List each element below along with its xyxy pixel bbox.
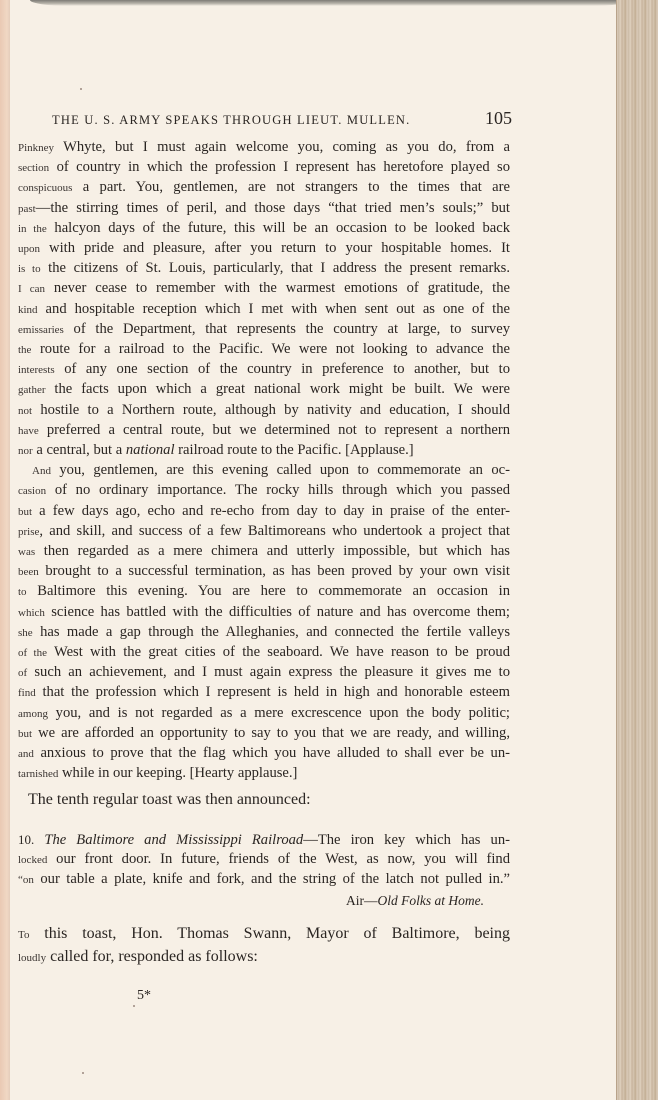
text-line: have preferred a central route, but we d… xyxy=(18,421,510,441)
line-text: a few days ago, echo and re-echo from da… xyxy=(32,503,510,519)
margin-fragment: she xyxy=(18,627,33,639)
line-text: route for a railroad to the Pacific. We … xyxy=(31,341,510,357)
line-text: hostile to a Northern route, although by… xyxy=(32,402,510,418)
toast-text: —The iron key which has un- xyxy=(303,832,510,848)
text-line: And you, gentlemen, are this evening cal… xyxy=(18,461,510,481)
text-line: upon with pride and pleasure, after you … xyxy=(18,239,510,259)
line-text: and hospitable reception which I met wit… xyxy=(38,301,510,317)
body-text: Pinkney Whyte, but I must again welcome … xyxy=(18,138,510,785)
margin-fragment: and xyxy=(18,748,34,760)
text-line: to Baltimore this evening. You are here … xyxy=(18,582,510,602)
text-line: of such an achievement, and I must again… xyxy=(18,663,510,683)
margin-fragment: the xyxy=(18,344,31,356)
air-attribution: Air—Old Folks at Home. xyxy=(18,891,510,910)
response-line-1: To this toast, Hon. Thomas Swann, Mayor … xyxy=(18,923,510,946)
margin-fragment: not xyxy=(18,405,32,417)
text-line: and anxious to prove that the flag which… xyxy=(18,744,510,764)
margin-fragment: upon xyxy=(18,243,40,255)
text-line: find that the profession which I represe… xyxy=(18,683,510,703)
margin-fragment: of the xyxy=(18,647,47,659)
text-line: but a few days ago, echo and re-echo fro… xyxy=(18,502,510,522)
margin-fragment: section xyxy=(18,162,49,174)
margin-fragment: locked xyxy=(18,854,47,866)
response-text: this toast, Hon. Thomas Swann, Mayor of … xyxy=(29,925,510,942)
margin-fragment: conspicuous xyxy=(18,182,72,194)
margin-fragment: of xyxy=(18,667,27,679)
margin-fragment: but xyxy=(18,506,32,518)
line-text: railroad route to the Pacific. [Applause… xyxy=(175,442,414,458)
emphasis-text: national xyxy=(126,442,175,458)
margin-fragment: gather xyxy=(18,384,45,396)
line-text: of any one section of the country in pre… xyxy=(55,361,510,377)
paper-speck xyxy=(80,88,82,90)
line-text: a part. You, gentlemen, are not stranger… xyxy=(72,179,510,195)
toast-line-1: 10. The Baltimore and Mississippi Railro… xyxy=(18,830,510,850)
book-spine-edge xyxy=(0,0,10,1100)
margin-fragment: casion xyxy=(18,485,46,497)
toast-text: our front door. In future, friends of th… xyxy=(47,851,510,867)
margin-fragment: To xyxy=(18,929,29,941)
margin-fragment: have xyxy=(18,425,39,437)
line-text: you, and is not regarded as a mere excre… xyxy=(48,705,510,721)
text-line: among you, and is not regarded as a mere… xyxy=(18,704,510,724)
text-line: kind and hospitable reception which I me… xyxy=(18,300,510,320)
margin-fragment: among xyxy=(18,708,48,720)
margin-fragment: emissaries xyxy=(18,324,64,336)
margin-fragment: loudly xyxy=(18,952,46,964)
margin-fragment: is to xyxy=(18,263,41,275)
response-line-2: loudly called for, responded as follows: xyxy=(18,946,510,969)
text-line: was then regarded as a mere chimera and … xyxy=(18,542,510,562)
text-line: she has made a gap through the Alleghani… xyxy=(18,623,510,643)
text-line: not hostile to a Northern route, althoug… xyxy=(18,401,510,421)
line-text: Baltimore this evening. You are here to … xyxy=(27,583,510,599)
margin-fragment: “on xyxy=(18,874,34,886)
running-head: THE U. S. ARMY SPEAKS THROUGH LIEUT. MUL… xyxy=(52,108,512,129)
toast-line-2: locked our front door. In future, friend… xyxy=(18,850,510,870)
margin-fragment: nor xyxy=(18,445,33,457)
text-line: casion of no ordinary importance. The ro… xyxy=(18,481,510,501)
margin-fragment: Pinkney xyxy=(18,142,54,154)
toast-heading: The tenth regular toast was then announc… xyxy=(28,791,311,809)
margin-fragment: in the xyxy=(18,223,47,235)
line-text: preferred a central route, but we determ… xyxy=(39,422,510,438)
line-text: we are afforded an opportunity to say to… xyxy=(32,725,510,741)
margin-fragment: prise xyxy=(18,526,39,538)
line-text: has made a gap through the Alleghanies, … xyxy=(33,624,510,640)
text-line: Pinkney Whyte, but I must again welcome … xyxy=(18,138,510,158)
text-line: interests of any one section of the coun… xyxy=(18,360,510,380)
line-text: then regarded as a mere chimera and utte… xyxy=(35,543,510,559)
text-line: been brought to a successful termination… xyxy=(18,562,510,582)
line-text: anxious to prove that the flag which you… xyxy=(34,745,510,761)
air-title: Old Folks at Home. xyxy=(378,893,484,908)
line-text: the citizens of St. Louis, particularly,… xyxy=(41,260,510,276)
text-line: conspicuous a part. You, gentlemen, are … xyxy=(18,178,510,198)
text-line: but we are afforded an opportunity to sa… xyxy=(18,724,510,744)
line-text: brought to a successful termination, as … xyxy=(39,563,510,579)
toast-text: our table a plate, knife and fork, and t… xyxy=(34,871,510,887)
signature-mark: 5* xyxy=(137,988,151,1004)
page-number: 105 xyxy=(485,108,512,129)
text-line: section of country in which the professi… xyxy=(18,158,510,178)
line-text: halcyon days of the future, this will be… xyxy=(47,220,510,236)
page-top-shadow xyxy=(30,0,630,6)
margin-fragment: but xyxy=(18,728,32,740)
text-line: nor a central, but a national railroad r… xyxy=(18,441,510,461)
margin-fragment: past xyxy=(18,203,36,215)
line-text: of country in which the profession I rep… xyxy=(49,159,510,175)
response-text: called for, responded as follows: xyxy=(46,948,258,965)
text-line: prise, and skill, and success of a few B… xyxy=(18,522,510,542)
text-line: which science has battled with the diffi… xyxy=(18,603,510,623)
paper-speck xyxy=(133,1005,135,1007)
line-text: that the profession which I represent is… xyxy=(36,684,510,700)
line-text: a central, but a xyxy=(33,442,126,458)
margin-fragment: tarnished xyxy=(18,768,58,780)
line-text: —the stirring times of peril, and those … xyxy=(36,200,510,216)
line-text: of no ordinary importance. The rocky hil… xyxy=(46,482,510,498)
page-edges-stack xyxy=(616,0,658,1100)
margin-fragment: kind xyxy=(18,304,38,316)
line-text: never cease to remember with the warmest… xyxy=(45,280,510,296)
margin-fragment: I can xyxy=(18,283,45,295)
line-text: West with the great cities of the seaboa… xyxy=(47,644,510,660)
air-prefix: Air— xyxy=(346,893,378,908)
margin-fragment: to xyxy=(18,586,27,598)
margin-fragment: which xyxy=(18,607,45,619)
response-paragraph: To this toast, Hon. Thomas Swann, Mayor … xyxy=(18,923,510,969)
margin-fragment: been xyxy=(18,566,39,578)
toast-number: 10. xyxy=(18,832,34,847)
line-text: with pride and pleasure, after you retur… xyxy=(40,240,510,256)
line-text: science has battled with the difficultie… xyxy=(45,604,510,620)
margin-fragment: interests xyxy=(18,364,55,376)
running-title: THE U. S. ARMY SPEAKS THROUGH LIEUT. MUL… xyxy=(52,113,410,128)
text-line: gather the facts upon which a great nati… xyxy=(18,380,510,400)
text-line: is to the citizens of St. Louis, particu… xyxy=(18,259,510,279)
toast-entry: 10. The Baltimore and Mississippi Railro… xyxy=(18,830,510,910)
text-line: in the halcyon days of the future, this … xyxy=(18,219,510,239)
line-text: the facts upon which a great national wo… xyxy=(45,381,510,397)
text-line: the route for a railroad to the Pacific.… xyxy=(18,340,510,360)
margin-fragment: And xyxy=(32,465,51,477)
margin-fragment: find xyxy=(18,687,36,699)
toast-line-3: “on our table a plate, knife and fork, a… xyxy=(18,870,510,890)
line-text: Whyte, but I must again welcome you, com… xyxy=(54,139,510,155)
text-line: I can never cease to remember with the w… xyxy=(18,279,510,299)
line-text: , and skill, and success of a few Baltim… xyxy=(39,523,510,539)
paper-speck xyxy=(82,1072,84,1074)
text-line: emissaries of the Department, that repre… xyxy=(18,320,510,340)
text-line: past—the stirring times of peril, and th… xyxy=(18,199,510,219)
line-text: while in our keeping. [Hearty applause.] xyxy=(58,765,297,781)
toast-title: The Baltimore and Mississippi Railroad xyxy=(44,832,303,848)
margin-fragment: was xyxy=(18,546,35,558)
line-text: of the Department, that represents the c… xyxy=(64,321,510,337)
text-line: tarnished while in our keeping. [Hearty … xyxy=(18,764,510,784)
line-text: you, gentlemen, are this evening called … xyxy=(51,462,510,478)
text-line: of the West with the great cities of the… xyxy=(18,643,510,663)
line-text: such an achievement, and I must again ex… xyxy=(27,664,510,680)
